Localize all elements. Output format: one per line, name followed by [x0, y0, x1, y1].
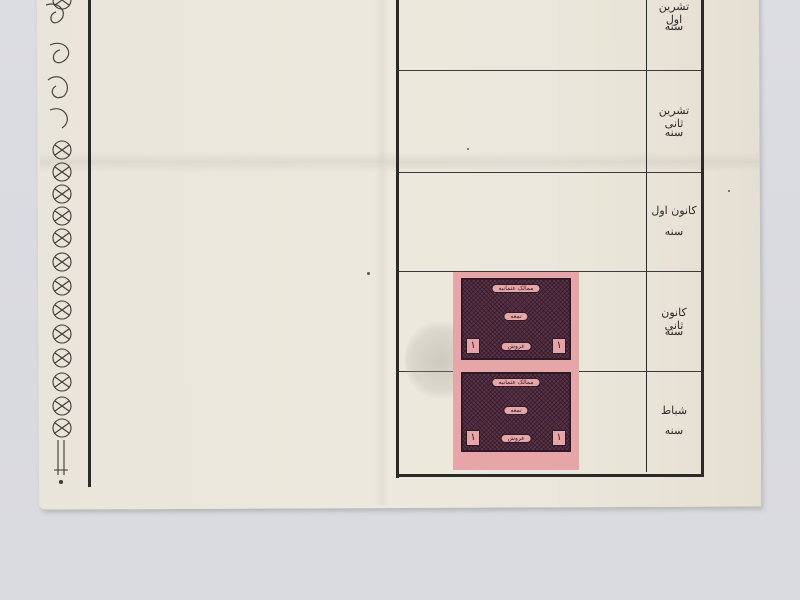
- stamp-top-inscription: ممالک عثمانیه: [491, 378, 540, 387]
- horizontal-fold-crease: [40, 152, 760, 172]
- month-label: کانون اول: [651, 204, 697, 217]
- table-row-divider: [399, 70, 701, 71]
- year-label: سنه: [651, 20, 697, 33]
- stamp-denomination: ١: [552, 430, 566, 446]
- floral-border-ornament: [40, 0, 84, 490]
- year-label: سنه: [651, 126, 697, 139]
- stamp-middle-inscription: تمغه: [503, 406, 528, 415]
- year-label: سنه: [651, 225, 697, 238]
- stamp-top-inscription: ممالک عثمانیه: [491, 284, 540, 293]
- stamp-denomination: ١: [466, 338, 480, 354]
- revenue-stamp: ممالک عثمانیه تمغه غروش ١ ١: [453, 366, 579, 470]
- stamp-bottom-inscription: غروش: [501, 342, 532, 351]
- paper-speck: [728, 190, 730, 192]
- paper-speck: [467, 148, 469, 150]
- left-frame-rule: [88, 0, 91, 487]
- stamp-denomination: ١: [466, 430, 480, 446]
- vertical-fold-crease: [375, 0, 389, 505]
- table-row-divider: [399, 172, 701, 173]
- year-label: سنه: [651, 424, 697, 437]
- table-right-rule: [701, 0, 704, 476]
- table-bottom-rule: [399, 474, 704, 477]
- year-label: سنه: [651, 325, 697, 338]
- paper-speck: [367, 272, 370, 275]
- revenue-stamp: ممالک عثمانیه تمغه غروش ١ ١: [453, 272, 579, 368]
- month-label: شباط: [651, 404, 697, 417]
- table-left-rule: [396, 0, 399, 478]
- stamp-engraving: ممالک عثمانیه تمغه غروش ١ ١: [461, 278, 571, 360]
- stamp-bottom-inscription: غروش: [501, 434, 532, 443]
- stamp-denomination: ١: [552, 338, 566, 354]
- scroll-ornament-icon: [40, 0, 84, 490]
- stamp-middle-inscription: تمغه: [503, 312, 528, 321]
- stamp-engraving: ممالک عثمانیه تمغه غروش ١ ١: [461, 372, 571, 452]
